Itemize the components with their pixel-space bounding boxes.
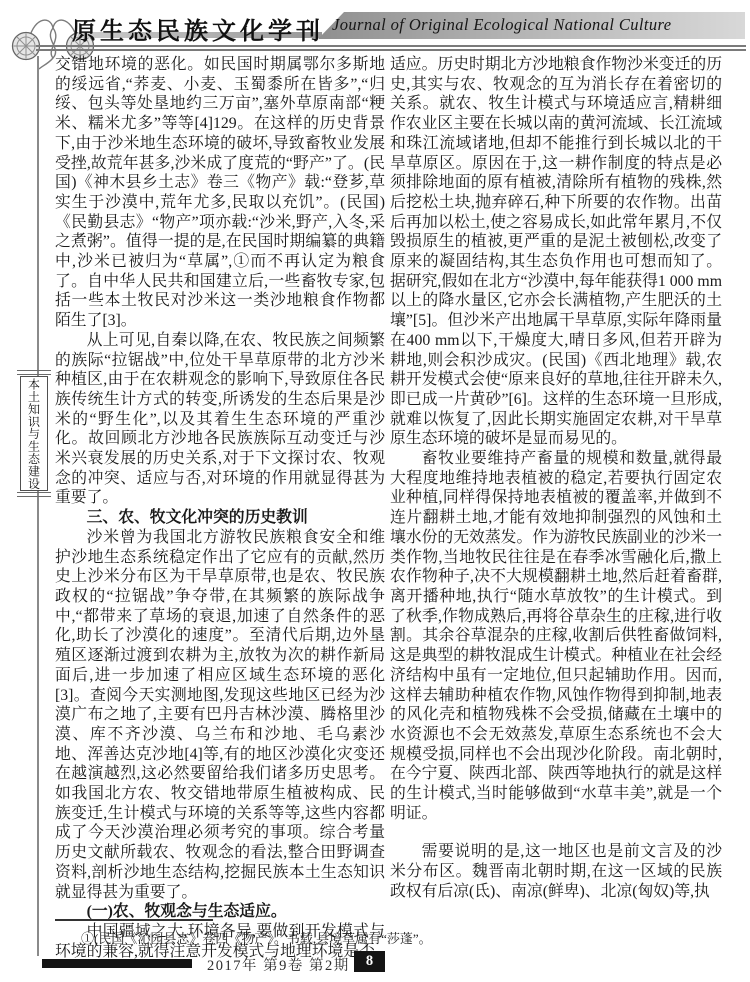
header-rule-bottom [36,49,746,51]
left-margin-line [37,56,39,956]
journal-title-chinese: 原生态民族文化学刊 [72,11,324,46]
section-label-rule-top [17,370,51,375]
section-label-box: 本土知识与生态建设 [20,376,48,491]
paragraph: 需要说明的是,这一地区也是前文言及的沙米分布区。魏晋南北朝时期,在这一区域的民族… [390,842,722,901]
section-label: 本土知识与生态建设 [26,378,43,490]
footer-bar [42,959,192,968]
paragraph: 交错地环境的恶化。如民国时期属鄂尔多斯地的绥远省,“荞麦、小麦、玉蜀黍所在皆多”… [55,55,385,331]
footer-issue-info: 2017年 第9卷 第2期 [207,954,350,975]
paragraph: 从上可见,自秦以降,在农、牧民族之间频繁的族际“拉锯战”中,位处干旱草原带的北方… [55,331,385,508]
paragraph: 沙米曾为我国北方游牧民族粮食安全和维护沙地生态系统稳定作出了它应有的贡献,然历史… [55,528,385,902]
footnote-text: ①(民国《沁园县志》卷四《物产》。书载,县境草属有“莎蓬”。 [55,930,475,947]
right-column: 适应。历史时期北方沙地粮食作物沙米变迁的历史,其实与农、牧观念的互为消长存在着密… [390,55,722,902]
footnote-separator [55,919,213,921]
paragraph: 畜牧业要维持产畜量的规模和数量,就得最大程度地维持地表植被的稳定,若要执行固定农… [390,449,722,823]
journal-title-english: Journal of Original Ecological National … [332,15,671,35]
left-column: 交错地环境的恶化。如民国时期属鄂尔多斯地的绥远省,“荞麦、小麦、玉蜀黍所在皆多”… [55,55,385,961]
journal-page: 原生态民族文化学刊 Journal of Original Ecological… [0,0,750,982]
section-label-rule-bottom [17,492,51,497]
paragraph: 适应。历史时期北方沙地粮食作物沙米变迁的历史,其实与农、牧观念的互为消长存在着密… [390,55,722,449]
footer-page-number: 8 [354,951,385,972]
section-heading: 三、农、牧文化冲突的历史教训 [55,508,385,528]
